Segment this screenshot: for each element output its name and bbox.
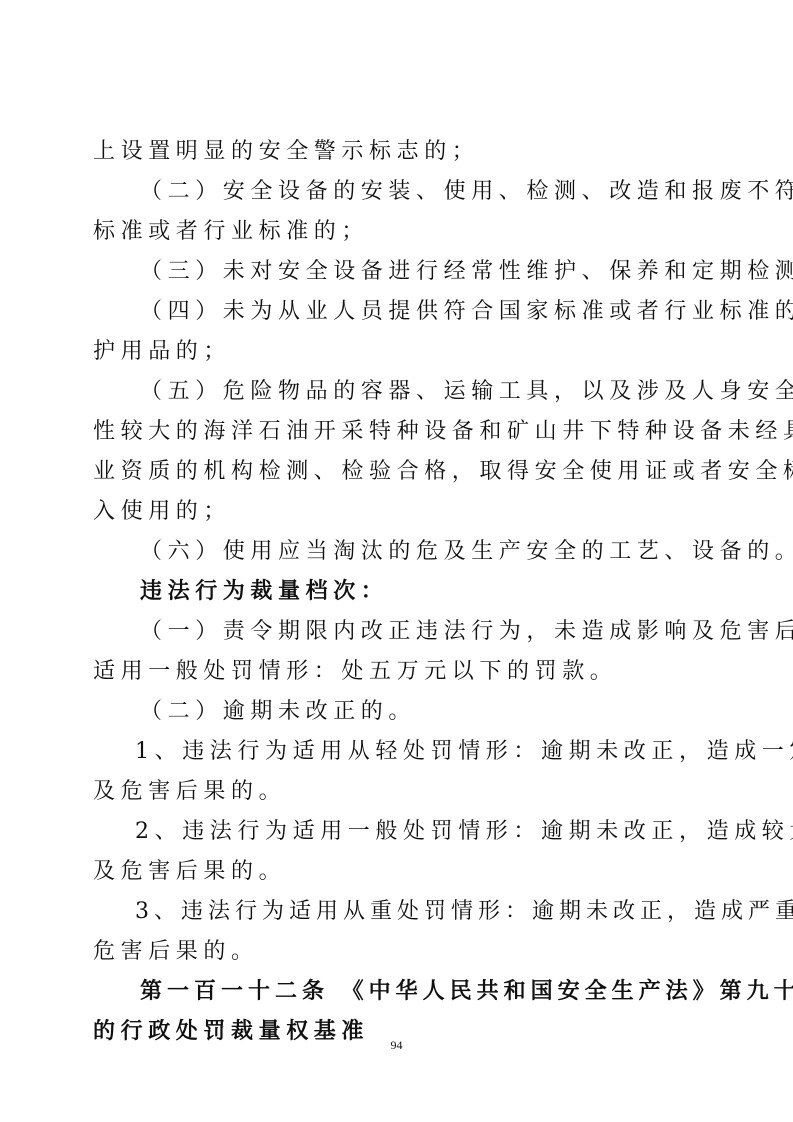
paragraph-line: 及危害后果的。 [93, 852, 713, 892]
list-item-6: （六）使用应当淘汰的危及生产安全的工艺、设备的。” [93, 532, 713, 572]
paragraph-line: 入使用的； [93, 492, 713, 532]
paragraph-line: 标准或者行业标准的； [93, 212, 713, 252]
paragraph-line: 业资质的机构检测、检验合格，取得安全使用证或者安全标志，投 [93, 452, 713, 492]
section-heading-discretion-levels: 违法行为裁量档次： [93, 572, 713, 612]
paragraph-line: 护用品的； [93, 332, 713, 372]
paragraph-line: 危害后果的。 [93, 932, 713, 972]
list-item-4: （四）未为从业人员提供符合国家标准或者行业标准的劳动防 [93, 292, 713, 332]
level-item-2: （二）逾期未改正的。 [93, 692, 713, 732]
sub-item-2: 2、违法行为适用一般处罚情形：逾期未改正，造成较大影响 [93, 812, 713, 852]
paragraph-line: 性较大的海洋石油开采特种设备和矿山井下特种设备未经具有专 [93, 412, 713, 452]
document-page: 上设置明显的安全警示标志的； （二）安全设备的安装、使用、检测、改造和报废不符合… [93, 132, 713, 1052]
level-item-1: （一）责令期限内改正违法行为，未造成影响及危害后果的， [93, 612, 713, 652]
list-item-5: （五）危险物品的容器、运输工具，以及涉及人身安全、危险 [93, 372, 713, 412]
paragraph-line: 及危害后果的。 [93, 772, 713, 812]
paragraph-line: 上设置明显的安全警示标志的； [93, 132, 713, 172]
page-number: 94 [0, 1038, 793, 1053]
sub-item-1: 1、违法行为适用从轻处罚情形：逾期未改正，造成一定影响 [93, 732, 713, 772]
list-item-3: （三）未对安全设备进行经常性维护、保养和定期检测的； [93, 252, 713, 292]
paragraph-line: 适用一般处罚情形：处五万元以下的罚款。 [93, 652, 713, 692]
sub-item-3: 3、违法行为适用从重处罚情形：逾期未改正，造成严重影响及 [93, 892, 713, 932]
article-heading: 第一百一十二条 《中华人民共和国安全生产法》第九十九条 [93, 972, 713, 1012]
list-item-2: （二）安全设备的安装、使用、检测、改造和报废不符合国家 [93, 172, 713, 212]
